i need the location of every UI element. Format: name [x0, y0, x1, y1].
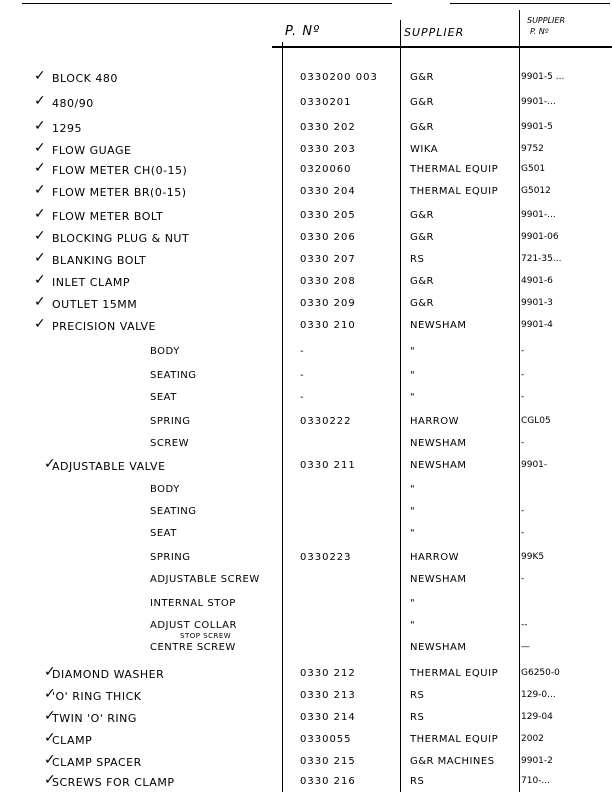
supplier-name: NEWSHAM: [410, 642, 467, 653]
part-number: 0330223: [300, 552, 352, 563]
part-number: 0330 204: [300, 186, 356, 197]
supplier-name: G&R: [410, 122, 434, 133]
supplier-name: ": [410, 484, 415, 495]
check-mark-icon: ✓: [34, 206, 46, 222]
check-mark-icon: ✓: [34, 272, 46, 288]
supplier-name: RS: [410, 690, 424, 701]
part-number: 0330 212: [300, 668, 356, 679]
supplier-part-number: 9901-06: [521, 232, 559, 242]
table-row: ✓BLANKING BOLT0330 207RS721-35...: [0, 254, 612, 274]
part-description: CLAMP SPACER: [52, 756, 142, 769]
check-mark-icon: ✓: [34, 140, 46, 156]
table-row: ✓FLOW GUAGE0330 203WIKA9752: [0, 144, 612, 164]
table-row: ✓480/900330201G&R9901-...: [0, 97, 612, 117]
table-row: ✓12950330 202G&R9901-5: [0, 122, 612, 142]
check-mark-icon: ✓: [34, 160, 46, 176]
header-supplier-pn-line1: SUPPLIER: [527, 16, 565, 25]
supplier-part-number: 9901-3: [521, 298, 553, 308]
supplier-part-number: --: [521, 620, 528, 630]
table-row: ✓BLOCKING PLUG & NUT0330 206G&R9901-06: [0, 232, 612, 252]
table-row: BODY": [0, 484, 612, 504]
supplier-part-number: 721-35...: [521, 254, 561, 264]
supplier-part-number: CGL05: [521, 416, 551, 426]
table-row: ✓INLET CLAMP0330 208G&R4901-6: [0, 276, 612, 296]
supplier-part-number: 9901-: [521, 460, 547, 470]
supplier-part-number: 99K5: [521, 552, 544, 562]
part-description: BLOCK 480: [52, 72, 118, 85]
supplier-name: G&R MACHINES: [410, 756, 495, 767]
check-mark-icon: ✓: [34, 294, 46, 310]
supplier-part-number: -: [521, 370, 524, 380]
top-rule: [22, 3, 392, 4]
supplier-part-number: -: [521, 392, 524, 402]
supplier-part-number: -: [521, 346, 524, 356]
supplier-part-number: G501: [521, 164, 545, 174]
supplier-name: THERMAL EQUIP: [410, 164, 498, 175]
table-row: SEAT"-: [0, 528, 612, 548]
table-row: ✓FLOW METER BR(0-15)0330 204THERMAL EQUI…: [0, 186, 612, 206]
part-description: PRECISION VALVE: [52, 320, 156, 333]
part-description: FLOW METER BR(0-15): [52, 186, 187, 199]
check-mark-icon: ✓: [34, 93, 46, 109]
supplier-name: RS: [410, 254, 424, 265]
table-row: CENTRE SCREWNEWSHAM—: [0, 642, 612, 662]
header-supplier: SUPPLIER: [404, 26, 464, 39]
table-row: ✓TWIN 'O' RING0330 214RS129-04: [0, 712, 612, 732]
part-description: BLANKING BOLT: [52, 254, 146, 267]
part-description: BODY: [150, 484, 180, 495]
table-row: ✓PRECISION VALVE0330 210NEWSHAM9901-4: [0, 320, 612, 340]
supplier-name: THERMAL EQUIP: [410, 668, 498, 679]
part-description: FLOW METER CH(0-15): [52, 164, 187, 177]
check-mark-icon: ✓: [34, 68, 46, 84]
part-description: SCREW: [150, 438, 189, 449]
supplier-part-number: G5012: [521, 186, 551, 196]
table-row: ✓OUTLET 15MM0330 209G&R9901-3: [0, 298, 612, 318]
table-row: ✓'O' RING THICK0330 213RS129-0...: [0, 690, 612, 710]
part-description: OUTLET 15MM: [52, 298, 137, 311]
supplier-part-number: 9901-...: [521, 97, 556, 107]
part-number: 0330 209: [300, 298, 356, 309]
supplier-part-number: -: [521, 528, 524, 538]
supplier-name: G&R: [410, 72, 434, 83]
supplier-part-number: 129-04: [521, 712, 553, 722]
part-number: 0320060: [300, 164, 352, 175]
supplier-part-number: 9901-5 ...: [521, 72, 564, 82]
supplier-name: NEWSHAM: [410, 574, 467, 585]
part-description: CLAMP: [52, 734, 92, 747]
table-row: SEATING-"-: [0, 370, 612, 390]
supplier-part-number: 9901-2: [521, 756, 553, 766]
part-description: SCREWS FOR CLAMP: [52, 776, 174, 789]
part-description: INTERNAL STOP: [150, 598, 236, 609]
supplier-name: HARROW: [410, 416, 459, 427]
scanned-parts-list-page: P. Nº SUPPLIER SUPPLIER P. Nº ✓BLOCK 480…: [0, 0, 612, 792]
part-description: SEATING: [150, 506, 197, 517]
check-mark-icon: ✓: [34, 228, 46, 244]
part-number: 0330055: [300, 734, 352, 745]
supplier-name: HARROW: [410, 552, 459, 563]
check-mark-icon: ✓: [34, 118, 46, 134]
check-mark-icon: ✓: [34, 182, 46, 198]
supplier-name: G&R: [410, 232, 434, 243]
table-row: ✓FLOW METER BOLT0330 205G&R9901-...: [0, 210, 612, 230]
part-description: ADJUST COLLAR: [150, 620, 237, 631]
table-row: ✓CLAMP SPACER0330 215G&R MACHINES9901-2: [0, 756, 612, 776]
table-row: INTERNAL STOP": [0, 598, 612, 618]
part-number: 0330 206: [300, 232, 356, 243]
table-row: BODY-"-: [0, 346, 612, 366]
part-number: 0330200 003: [300, 72, 378, 83]
table-row: ✓CLAMP0330055THERMAL EQUIP2002: [0, 734, 612, 754]
part-description: SEATING: [150, 370, 197, 381]
supplier-part-number: 4901-6: [521, 276, 553, 286]
part-note: STOP SCREW: [180, 632, 231, 640]
supplier-name: ": [410, 346, 415, 357]
part-number: 0330 205: [300, 210, 356, 221]
supplier-name: WIKA: [410, 144, 438, 155]
part-number: 0330 207: [300, 254, 356, 265]
supplier-part-number: 2002: [521, 734, 544, 744]
header-supplier-pn-line2: P. Nº: [530, 27, 549, 36]
supplier-part-number: 9901-5: [521, 122, 553, 132]
table-row: SEATING"-: [0, 506, 612, 526]
check-mark-icon: ✓: [34, 316, 46, 332]
table-row: ADJUST COLLARSTOP SCREW"--: [0, 620, 612, 640]
part-description: SEAT: [150, 392, 177, 403]
supplier-name: G&R: [410, 210, 434, 221]
table-row: ✓ADJUSTABLE VALVE0330 211NEWSHAM9901-: [0, 460, 612, 480]
table-row: ✓FLOW METER CH(0-15)0320060THERMAL EQUIP…: [0, 164, 612, 184]
supplier-part-number: -: [521, 506, 524, 516]
part-number: 0330201: [300, 97, 352, 108]
part-number: 0330 213: [300, 690, 356, 701]
supplier-name: ": [410, 620, 415, 631]
check-mark-icon: ✓: [34, 250, 46, 266]
part-number: 0330222: [300, 416, 352, 427]
supplier-name: NEWSHAM: [410, 320, 467, 331]
part-description: INLET CLAMP: [52, 276, 130, 289]
table-row: ✓DIAMOND WASHER0330 212THERMAL EQUIPG625…: [0, 668, 612, 688]
supplier-name: ": [410, 506, 415, 517]
table-row: SCREWNEWSHAM-: [0, 438, 612, 458]
part-description: TWIN 'O' RING: [52, 712, 137, 725]
supplier-name: NEWSHAM: [410, 460, 467, 471]
supplier-part-number: -: [521, 574, 524, 584]
part-description: BODY: [150, 346, 180, 357]
supplier-part-number: 710-...: [521, 776, 550, 786]
supplier-name: G&R: [410, 97, 434, 108]
part-description: FLOW GUAGE: [52, 144, 131, 157]
part-number: 0330 208: [300, 276, 356, 287]
supplier-name: THERMAL EQUIP: [410, 186, 498, 197]
supplier-part-number: -: [521, 438, 524, 448]
part-description: ADJUSTABLE SCREW: [150, 574, 260, 585]
top-rule-right: [450, 3, 610, 4]
part-number: -: [300, 392, 305, 403]
table-row: SPRING0330222HARROWCGL05: [0, 416, 612, 436]
supplier-part-number: 9752: [521, 144, 544, 154]
table-row: SEAT-"-: [0, 392, 612, 412]
supplier-name: THERMAL EQUIP: [410, 734, 498, 745]
part-description: CENTRE SCREW: [150, 642, 236, 653]
supplier-part-number: 9901-4: [521, 320, 553, 330]
supplier-name: RS: [410, 712, 424, 723]
table-row: SPRING0330223HARROW99K5: [0, 552, 612, 572]
supplier-name: RS: [410, 776, 424, 787]
supplier-name: G&R: [410, 276, 434, 287]
supplier-name: ": [410, 528, 415, 539]
part-number: 0330 202: [300, 122, 356, 133]
part-description: 'O' RING THICK: [52, 690, 141, 703]
part-number: 0330 210: [300, 320, 356, 331]
table-row: ✓SCREWS FOR CLAMP0330 216RS710-...: [0, 776, 612, 792]
part-description: SPRING: [150, 416, 191, 427]
part-number: 0330 215: [300, 756, 356, 767]
part-number: 0330 211: [300, 460, 356, 471]
part-description: BLOCKING PLUG & NUT: [52, 232, 189, 245]
part-description: FLOW METER BOLT: [52, 210, 163, 223]
part-number: 0330 203: [300, 144, 356, 155]
part-number: -: [300, 370, 305, 381]
supplier-name: NEWSHAM: [410, 438, 467, 449]
supplier-part-number: —: [521, 642, 530, 652]
table-row: ADJUSTABLE SCREWNEWSHAM-: [0, 574, 612, 594]
part-description: ADJUSTABLE VALVE: [52, 460, 166, 473]
part-number: 0330 214: [300, 712, 356, 723]
supplier-name: ": [410, 598, 415, 609]
supplier-part-number: G6250-0: [521, 668, 560, 678]
supplier-name: ": [410, 370, 415, 381]
part-description: 480/90: [52, 97, 94, 110]
supplier-part-number: 9901-...: [521, 210, 556, 220]
part-description: SEAT: [150, 528, 177, 539]
supplier-part-number: 129-0...: [521, 690, 556, 700]
supplier-name: ": [410, 392, 415, 403]
part-number: 0330 216: [300, 776, 356, 787]
header-rule: [272, 46, 612, 48]
table-row: ✓BLOCK 4800330200 003G&R9901-5 ...: [0, 72, 612, 92]
part-number: -: [300, 346, 305, 357]
part-description: 1295: [52, 122, 82, 135]
part-description: DIAMOND WASHER: [52, 668, 164, 681]
supplier-name: G&R: [410, 298, 434, 309]
part-description: SPRING: [150, 552, 191, 563]
header-part-no: P. Nº: [285, 24, 320, 39]
